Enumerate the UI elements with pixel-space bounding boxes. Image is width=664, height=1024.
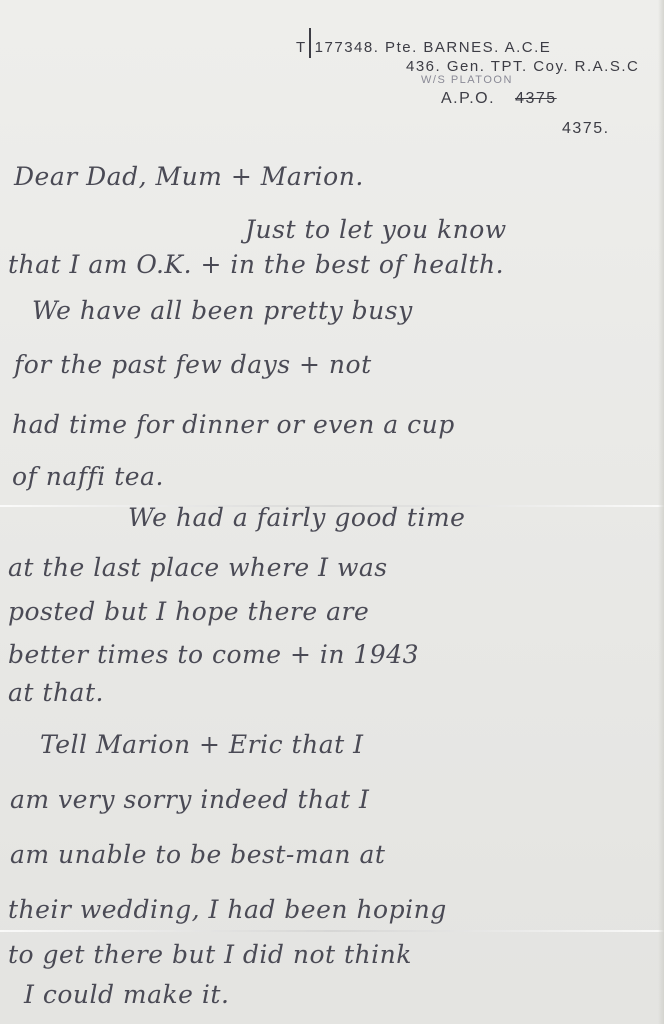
body-line: am very sorry indeed that I [10,785,369,815]
body-line: for the past few days + not [14,350,372,380]
apo-label: A.P.O. [441,90,495,107]
divider-stroke [309,28,311,58]
apo-number-struck: 4375 [515,90,557,107]
paper-fold-line [0,930,664,932]
address-line-service-number: T177348. Pte. BARNES. A.C.E [296,28,551,58]
body-line: had time for dinner or even a cup [12,410,455,440]
address-line-unit: 436. Gen. TPT. Coy. R.A.S.C [406,58,639,75]
letter-page: T177348. Pte. BARNES. A.C.E 436. Gen. TP… [0,0,664,1024]
body-line: at that. [8,678,104,708]
salutation: Dear Dad, Mum + Marion. [14,162,364,192]
body-line: We had a fairly good time [128,503,465,533]
body-line: Just to let you know [245,215,507,245]
paper-edge [658,0,664,1024]
body-line: I could make it. [24,980,229,1010]
body-line: at the last place where I was [8,553,388,583]
body-line: am unable to be best-man at [10,840,385,870]
name-rank: 177348. Pte. BARNES. A.C.E [315,39,552,56]
body-line: Tell Marion + Eric that I [40,730,363,760]
address-line-apo: A.P.O.4375 [441,90,557,108]
body-line: better times to come + in 1943 [8,640,419,670]
body-line: We have all been pretty busy [32,296,413,326]
address-line-platoon: W/S PLATOON [421,74,513,86]
service-prefix: T [296,39,307,56]
body-line: their wedding, I had been hoping [8,895,447,925]
address-line-apo-corrected: 4375. [562,120,610,138]
body-line: posted but I hope there are [8,597,369,627]
body-line: of naffi tea. [12,462,164,492]
body-line: to get there but I did not think [8,940,412,970]
body-line: that I am O.K. + in the best of health. [8,250,504,280]
